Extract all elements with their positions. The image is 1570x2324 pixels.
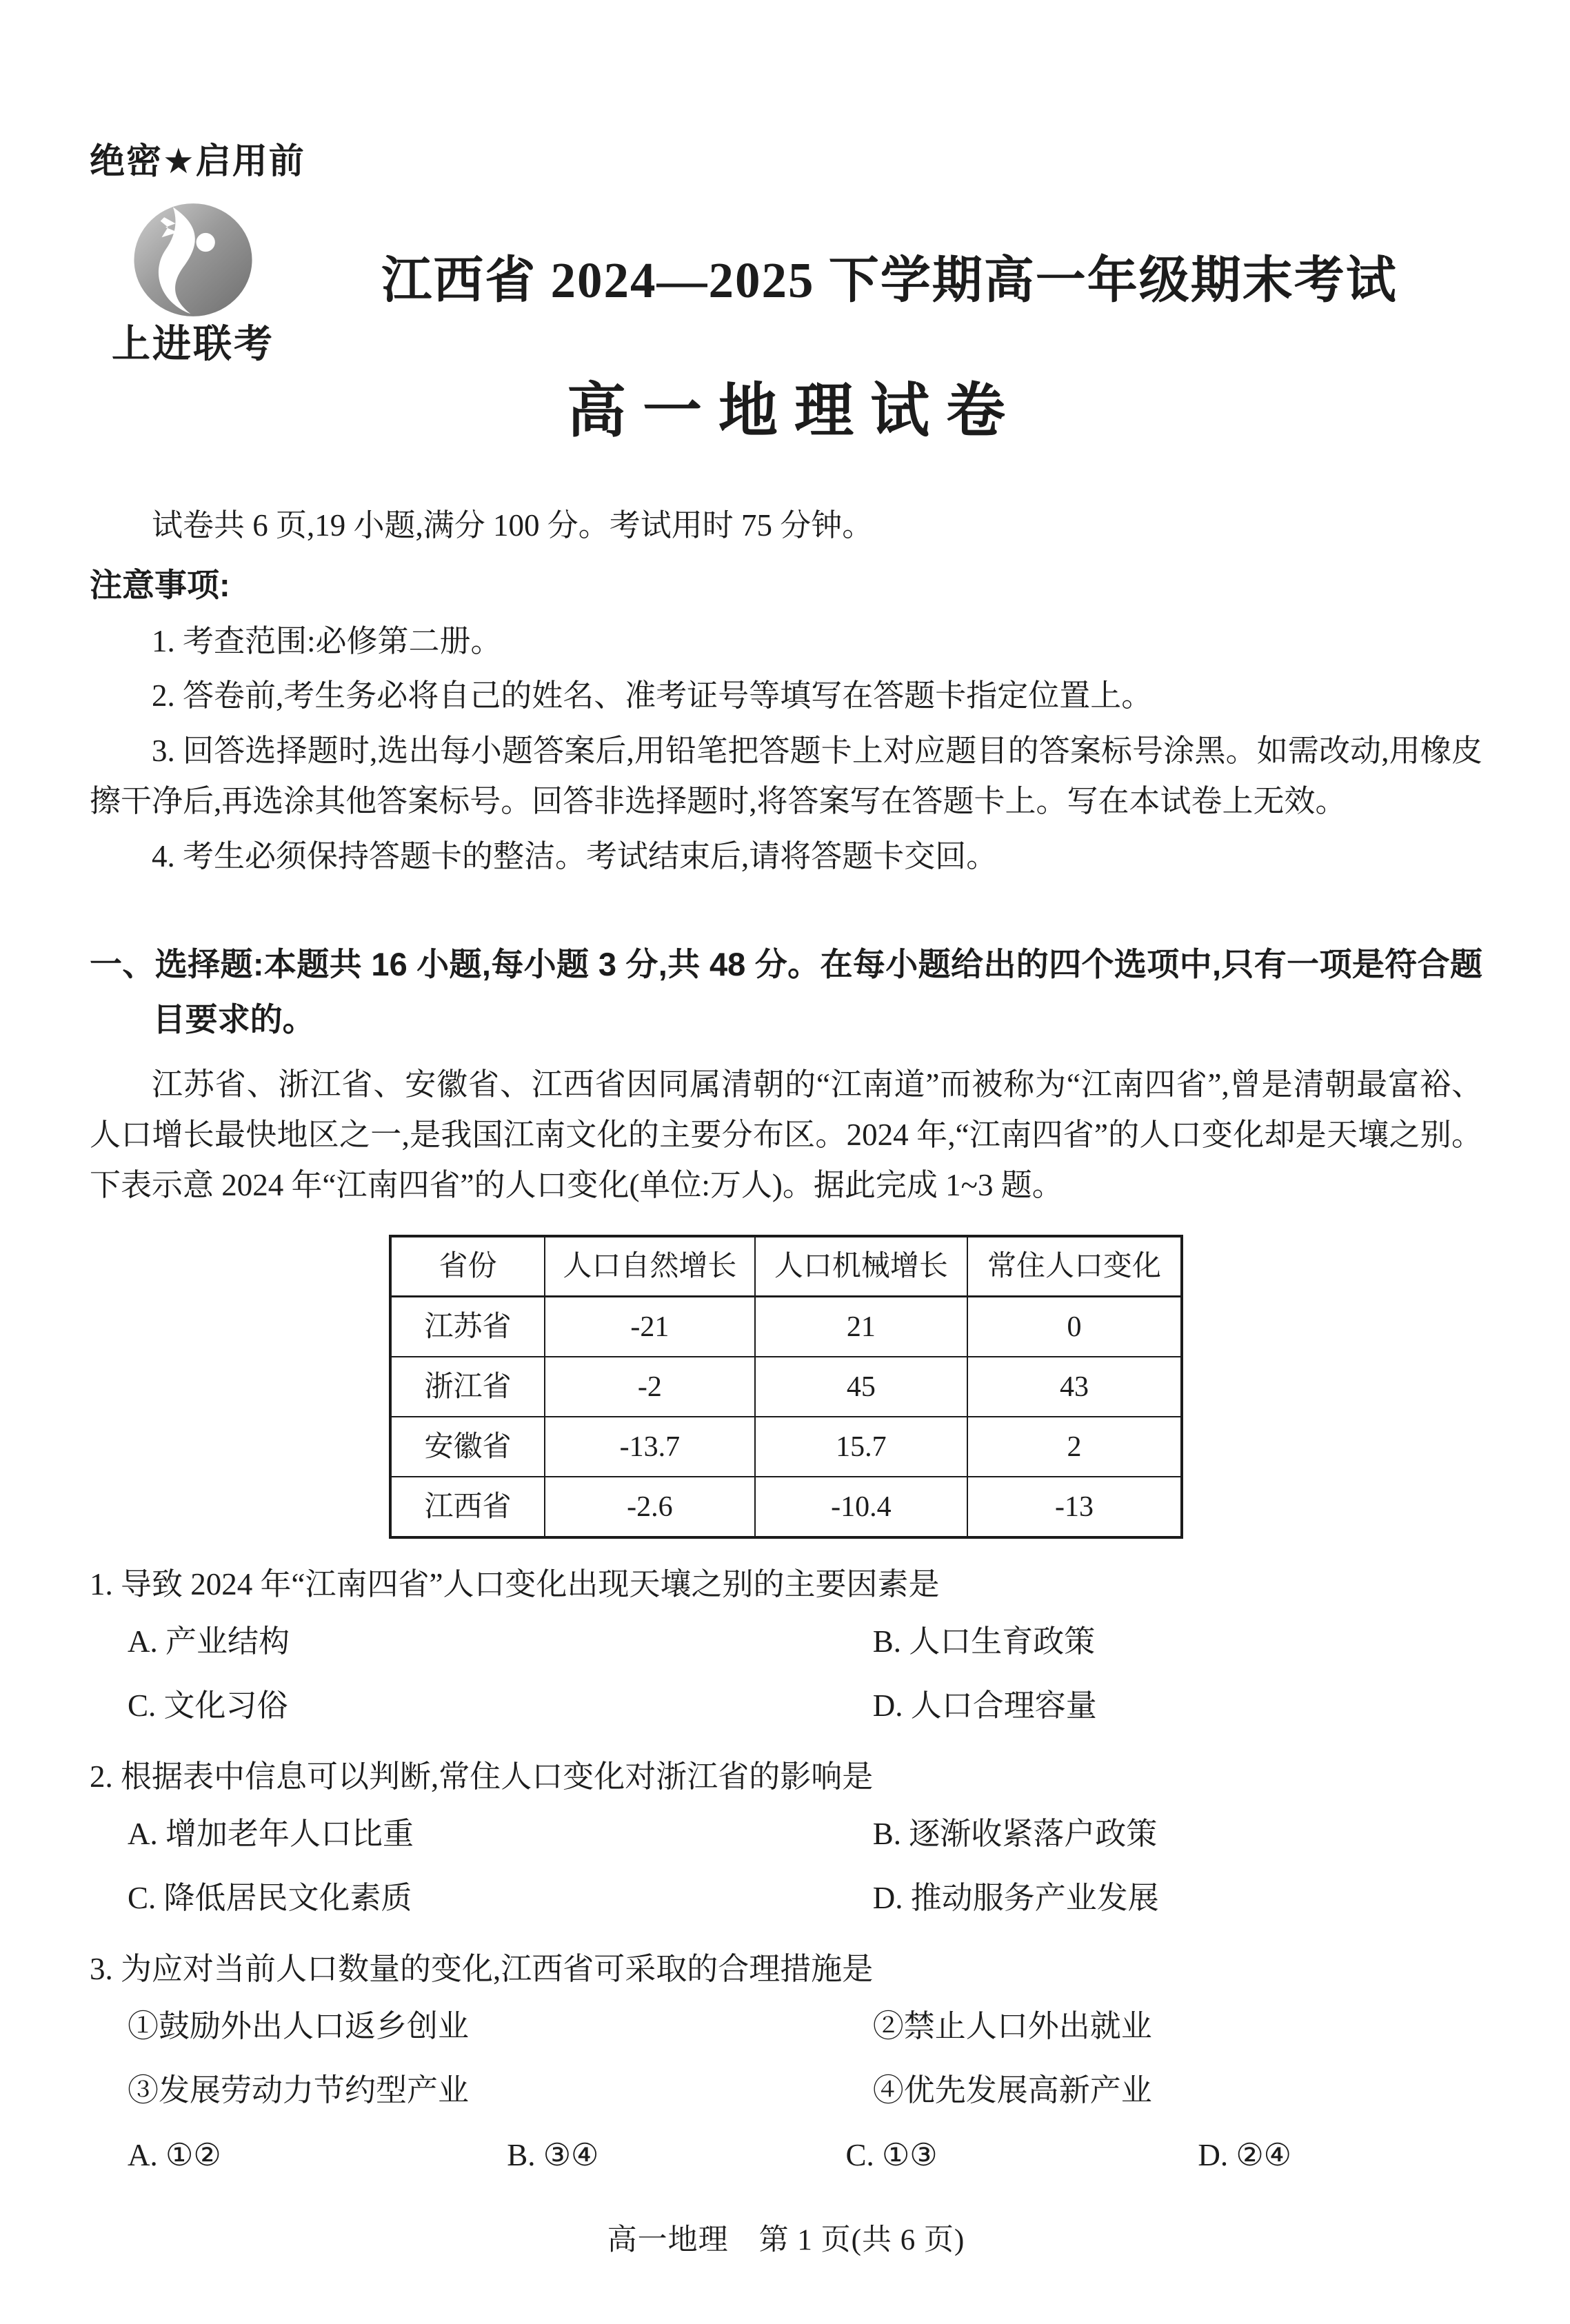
table-cell: 2: [967, 1417, 1182, 1477]
question-1-options: A. 产业结构 B. 人口生育政策 C. 文化习俗 D. 人口合理容量: [90, 1617, 1482, 1731]
question-3-choices: A. ①② B. ③④ C. ①③ D. ②④: [90, 2130, 1482, 2181]
exam-paper-page: 绝密★启用前 上进联考 江西省 2024—2025 下学期高一年级期末考试 高一…: [0, 0, 1570, 2324]
table-cell: -2: [545, 1357, 755, 1417]
choice-d: D. ②④: [1198, 2130, 1482, 2181]
table-cell: 43: [967, 1357, 1182, 1417]
question-1-stem: 1. 导致 2024 年“江南四省”人口变化出现天壤之别的主要因素是: [90, 1559, 1482, 1610]
question-3: 3. 为应对当前人口数量的变化,江西省可采取的合理措施是 ①鼓励外出人口返乡创业…: [90, 1944, 1482, 2181]
table-cell: 0: [967, 1297, 1182, 1357]
option-b: B. 人口生育政策: [873, 1617, 1482, 1667]
item-2: ②禁止人口外出就业: [873, 2001, 1482, 2052]
question-3-items: ①鼓励外出人口返乡创业 ②禁止人口外出就业 ③发展劳动力节约型产业 ④优先发展高…: [90, 2001, 1482, 2116]
option-c: C. 降低居民文化素质: [128, 1873, 873, 1923]
table-cell: 21: [755, 1297, 967, 1357]
choice-a: A. ①②: [128, 2130, 507, 2181]
header: 上进联考 江西省 2024—2025 下学期高一年级期末考试: [90, 197, 1482, 365]
table-header-cell: 人口机械增长: [755, 1236, 967, 1297]
table-cell: 江苏省: [390, 1297, 545, 1357]
item-4: ④优先发展高新产业: [873, 2065, 1482, 2116]
shangjin-lianKao-logo-icon: [130, 197, 256, 323]
note-item-4: 4. 考生必须保持答题卡的整洁。考试结束后,请将答题卡交回。: [90, 831, 1482, 882]
note-item-1: 1. 考查范围:必修第二册。: [90, 616, 1482, 667]
table-cell: 浙江省: [390, 1357, 545, 1417]
table-cell: 45: [755, 1357, 967, 1417]
table-cell: 15.7: [755, 1417, 967, 1477]
question-3-stem: 3. 为应对当前人口数量的变化,江西省可采取的合理措施是: [90, 1944, 1482, 1994]
population-change-table: 省份 人口自然增长 人口机械增长 常住人口变化 江苏省 -21 21 0 浙江省…: [389, 1235, 1183, 1539]
note-item-3: 3. 回答选择题时,选出每小题答案后,用铅笔把答题卡上对应题目的答案标号涂黑。如…: [90, 726, 1482, 827]
table-header-cell: 省份: [390, 1236, 545, 1297]
page-footer: 高一地理 第 1 页(共 6 页): [90, 2216, 1482, 2265]
table-header-row: 省份 人口自然增长 人口机械增长 常住人口变化: [390, 1236, 1182, 1297]
item-1: ①鼓励外出人口返乡创业: [128, 2001, 873, 2052]
section-heading: 一、选择题:本题共 16 小题,每小题 3 分,共 48 分。在每小题给出的四个…: [90, 937, 1482, 1047]
table-row: 浙江省 -2 45 43: [390, 1357, 1182, 1417]
question-2: 2. 根据表中信息可以判断,常住人口变化对浙江省的影响是 A. 增加老年人口比重…: [90, 1752, 1482, 1923]
option-a: A. 增加老年人口比重: [128, 1809, 873, 1859]
option-c: C. 文化习俗: [128, 1681, 873, 1731]
paper-summary: 试卷共 6 页,19 小题,满分 100 分。考试用时 75 分钟。: [90, 501, 1482, 551]
table-row: 江西省 -2.6 -10.4 -13: [390, 1477, 1182, 1537]
choice-c: C. ①③: [845, 2130, 1198, 2181]
question-1: 1. 导致 2024 年“江南四省”人口变化出现天壤之别的主要因素是 A. 产业…: [90, 1559, 1482, 1731]
table-cell: -2.6: [545, 1477, 755, 1537]
table-row: 江苏省 -21 21 0: [390, 1297, 1182, 1357]
logo: 上进联考: [90, 197, 296, 365]
table-header-cell: 常住人口变化: [967, 1236, 1182, 1297]
notes-heading: 注意事项:: [90, 559, 1482, 611]
paper-title: 高一地理试卷: [90, 376, 1482, 447]
exam-title: 江西省 2024—2025 下学期高一年级期末考试: [296, 252, 1482, 310]
security-notice: 绝密★启用前: [90, 141, 1482, 182]
table-cell: -10.4: [755, 1477, 967, 1537]
table-cell: -21: [545, 1297, 755, 1357]
table-cell: -13: [967, 1477, 1182, 1537]
option-a: A. 产业结构: [128, 1617, 873, 1667]
logo-text: 上进联考: [112, 323, 274, 365]
option-d: D. 人口合理容量: [873, 1681, 1482, 1731]
question-2-options: A. 增加老年人口比重 B. 逐渐收紧落户政策 C. 降低居民文化素质 D. 推…: [90, 1809, 1482, 1923]
choice-b: B. ③④: [507, 2130, 845, 2181]
option-d: D. 推动服务产业发展: [873, 1873, 1482, 1923]
table-cell: -13.7: [545, 1417, 755, 1477]
table-row: 安徽省 -13.7 15.7 2: [390, 1417, 1182, 1477]
table-cell: 安徽省: [390, 1417, 545, 1477]
note-item-2: 2. 答卷前,考生务必将自己的姓名、准考证号等填写在答题卡指定位置上。: [90, 671, 1482, 721]
option-b: B. 逐渐收紧落户政策: [873, 1809, 1482, 1859]
table-cell: 江西省: [390, 1477, 545, 1537]
question-2-stem: 2. 根据表中信息可以判断,常住人口变化对浙江省的影响是: [90, 1752, 1482, 1802]
passage: 江苏省、浙江省、安徽省、江西省因同属清朝的“江南道”而被称为“江南四省”,曾是清…: [90, 1060, 1482, 1211]
table-header-cell: 人口自然增长: [545, 1236, 755, 1297]
item-3: ③发展劳动力节约型产业: [128, 2065, 873, 2116]
